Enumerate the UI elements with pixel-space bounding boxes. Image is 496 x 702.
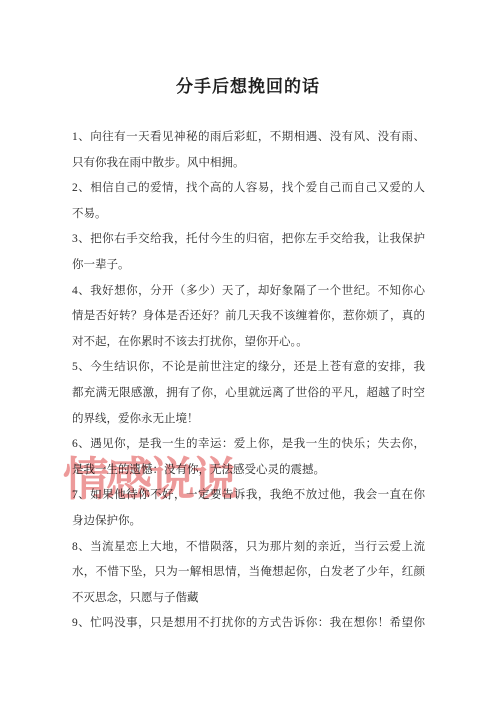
article-body: 1、向往有一天看见神秘的雨后彩虹，不期相遇、没有风、没有雨、 只有你我在雨中散步… xyxy=(72,125,425,637)
paragraph-line: 对不起，在你累时不该去打扰你，望你开心。。 xyxy=(72,330,425,356)
paragraph-line: 情是否好转？身体是否还好？前几天我不该缠着你，惹你烦了，真的 xyxy=(72,304,425,330)
paragraph-line: 6、遇见你，是我一生的幸运：爱上你，是我一生的快乐；失去你， xyxy=(72,432,425,458)
paragraph-line: 不易。 xyxy=(72,202,425,228)
paragraph-line: 4、我好想你，分开（多少）天了，却好象隔了一个世纪。不知你心 xyxy=(72,279,425,305)
paragraph-line: 不灭思念，只愿与子偕藏 xyxy=(72,586,425,612)
paragraph-line: 3、把你右手交给我，托付今生的归宿，把你左手交给我，让我保护 xyxy=(72,227,425,253)
paragraph-line: 的界线，爱你永无止境！ xyxy=(72,407,425,433)
paragraph-line: 2、相信自己的爱情，找个高的人容易，找个爱自己而自己又爱的人 xyxy=(72,176,425,202)
document-page: 分手后想挽回的话 1、向往有一天看见神秘的雨后彩虹，不期相遇、没有风、没有雨、 … xyxy=(0,0,496,702)
paragraph-line: 你一辈子。 xyxy=(72,253,425,279)
page-title: 分手后想挽回的话 xyxy=(0,74,496,100)
paragraph-line: 7、如果他待你不好，一定要告诉我，我绝不放过他，我会一直在你 xyxy=(72,483,425,509)
paragraph-line: 5、今生结识你，不论是前世注定的缘分，还是上苍有意的安排，我 xyxy=(72,355,425,381)
paragraph-line: 只有你我在雨中散步。风中相拥。 xyxy=(72,151,425,177)
paragraph-line: 8、当流星恋上大地，不惜陨落，只为那片刻的亲近，当行云爱上流 xyxy=(72,535,425,561)
paragraph-line: 都充满无限感激，拥有了你，心里就远离了世俗的平凡，超越了时空 xyxy=(72,381,425,407)
paragraph-line: 水，不惜下坠，只为一解相思情，当俺想起你，白发老了少年，红颜 xyxy=(72,560,425,586)
paragraph-line: 1、向往有一天看见神秘的雨后彩虹，不期相遇、没有风、没有雨、 xyxy=(72,125,425,151)
paragraph-line: 身边保护你。 xyxy=(72,509,425,535)
paragraph-line: 9、忙吗没事，只是想用不打扰你的方式告诉你：我在想你！希望你 xyxy=(72,611,425,637)
paragraph-line: 是我一生的遗憾：没有你，无法感受心灵的震撼。 xyxy=(72,458,425,484)
